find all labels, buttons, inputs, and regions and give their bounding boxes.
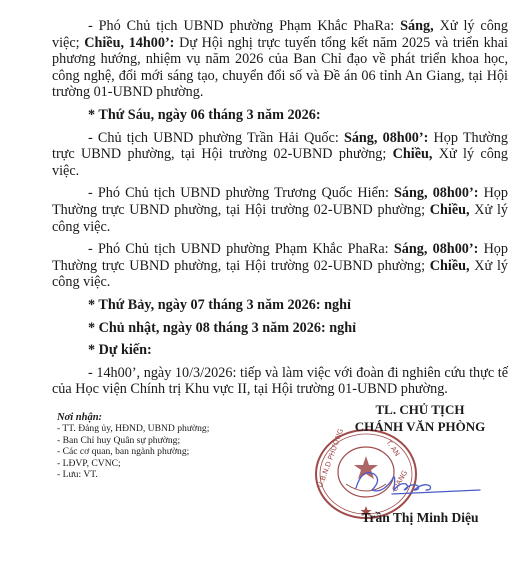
signature-title-line2: CHÁNH VĂN PHÒNG — [340, 419, 500, 436]
document-body: - Phó Chủ tịch UBND phường Phạm Khắc Pha… — [52, 18, 508, 398]
signer-name: Trần Thị Minh Diệu — [340, 510, 500, 526]
day-heading: * Thứ Bảy, ngày 07 tháng 3 năm 2026: ngh… — [52, 297, 508, 314]
handwritten-signature-icon — [352, 460, 482, 500]
recipient-item: - TT. Đảng ủy, HĐND, UBND phường; — [57, 423, 209, 434]
recipient-item: - Ban Chỉ huy Quân sự phường; — [57, 435, 209, 446]
schedule-paragraph: - Phó Chủ tịch UBND phường Trương Quốc H… — [52, 185, 508, 235]
schedule-paragraph: - Chủ tịch UBND phường Trần Hải Quốc: Sá… — [52, 130, 508, 180]
signature-title-line1: TL. CHỦ TỊCH — [340, 402, 500, 419]
schedule-paragraph: - Phó Chủ tịch UBND phường Phạm Khắc Pha… — [52, 18, 508, 101]
recipients-block: Nơi nhận: - TT. Đảng ủy, HĐND, UBND phườ… — [57, 412, 209, 480]
schedule-paragraph: - Phó Chủ tịch UBND phường Phạm Khắc Pha… — [52, 241, 508, 291]
recipient-item: - Các cơ quan, ban ngành phường; — [57, 446, 209, 457]
day-heading: * Chủ nhật, ngày 08 tháng 3 năm 2026: ng… — [52, 320, 508, 337]
recipients-title: Nơi nhận: — [57, 412, 209, 423]
recipient-item: - LĐVP, CVNC; — [57, 458, 209, 469]
day-heading: * Dự kiến: — [52, 342, 508, 359]
recipient-item: - Lưu: VT. — [57, 469, 209, 480]
signature-block: TL. CHỦ TỊCH CHÁNH VĂN PHÒNG — [340, 402, 500, 435]
day-heading: * Thứ Sáu, ngày 06 tháng 3 năm 2026: — [52, 107, 508, 124]
schedule-paragraph: - 14h00’, ngày 10/3/2026: tiếp và làm vi… — [52, 365, 508, 398]
